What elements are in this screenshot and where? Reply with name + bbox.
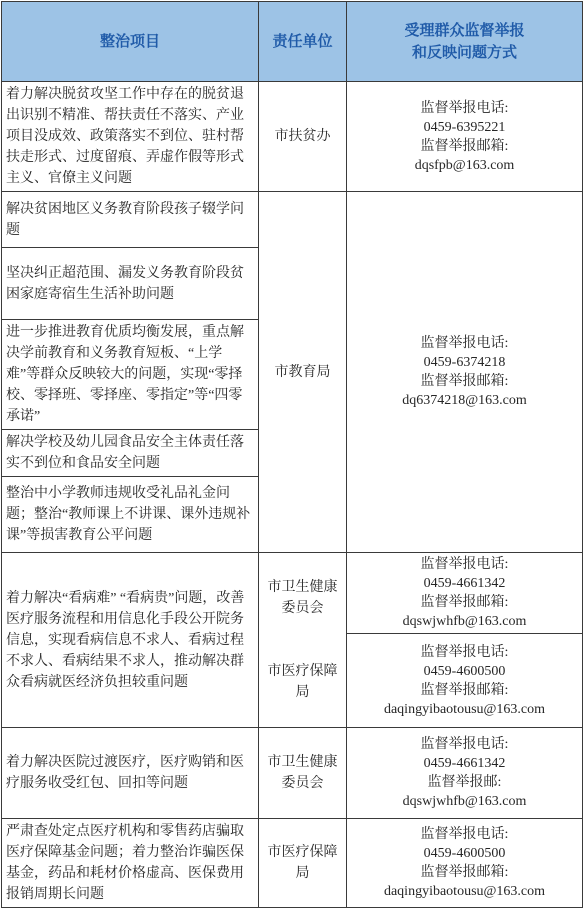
contact-phone-number: 0459-4600500: [351, 662, 578, 681]
project-cell-food-safety: 解决学校及幼儿园食品安全主体责任落实不到位和食品安全问题: [2, 430, 259, 477]
contact-phone-label: 监督举报电话:: [351, 99, 578, 118]
contact-email-address: dqswjwhfb@163.com: [351, 792, 578, 811]
project-cell-four-zero-promise: 进一步推进教育优质均衡发展，重点解决学前教育和义务教育短板、“上学难”等群众反映…: [2, 320, 259, 430]
contact-phone-label: 监督举报电话:: [351, 735, 578, 754]
contact-phone-label: 监督举报电话:: [351, 643, 578, 662]
contact-email-address: daqingyibaotousu@163.com: [351, 882, 578, 901]
contact-email-label: 监督举报邮箱:: [351, 863, 578, 882]
unit-cell-medical-insurance: 市医疗保障局: [259, 819, 347, 908]
project-cell-poverty: 着力解决脱贫攻坚工作中存在的脱贫退出识别不精准、帮扶责任不落实、产业项目没成效、…: [2, 82, 259, 192]
contact-email-address: dqswjwhfb@163.com: [351, 612, 578, 631]
contact-cell-health-commission: 监督举报电话: 0459-4661342 监督举报邮箱: dqswjwhfb@1…: [347, 553, 583, 634]
unit-cell-health-commission: 市卫生健康委员会: [259, 728, 347, 819]
contact-phone-number: 0459-4661342: [351, 754, 578, 773]
project-cell-insurance-fund: 严肃查处定点医疗机构和零售药店骗取医疗保障基金问题；着力整治诈骗医保基金，药品和…: [2, 819, 259, 908]
header-contact-line1: 受理群众监督举报: [348, 20, 581, 42]
header-cell-contact: 受理群众监督举报 和反映问题方式: [347, 2, 583, 82]
table-row: 着力解决“看病难” “看病贵”问题，改善医疗服务流程和用信息化手段公开院务信息，…: [2, 553, 583, 634]
contact-email-address: dq6374218@163.com: [351, 391, 578, 410]
contact-email-label: 监督举报邮箱:: [351, 372, 578, 391]
project-cell-medical-access: 着力解决“看病难” “看病贵”问题，改善医疗服务流程和用信息化手段公开院务信息，…: [2, 553, 259, 728]
unit-health-commission: 市卫生健康委员会: [263, 577, 342, 619]
contact-phone-number: 0459-4600500: [351, 844, 578, 863]
contact-cell-poverty: 监督举报电话: 0459-6395221 监督举报邮箱: dqsfpb@163.…: [347, 82, 583, 192]
table-header-row: 整治项目 责任单位 受理群众监督举报 和反映问题方式: [2, 2, 583, 82]
contact-cell-insurance-fund: 监督举报电话: 0459-4600500 监督举报邮箱: daqingyibao…: [347, 819, 583, 908]
contact-email-address: dqsfpb@163.com: [351, 156, 578, 175]
project-cell-boarding-subsidy: 坚决纠正超范围、漏发义务教育阶段贫困家庭寄宿生生活补助问题: [2, 248, 259, 320]
table-row: 着力解决脱贫攻坚工作中存在的脱贫退出识别不精准、帮扶责任不落实、产业项目没成效、…: [2, 82, 583, 192]
unit-cell-poverty: 市扶贫办: [259, 82, 347, 192]
contact-cell-education: 监督举报电话: 0459-6374218 监督举报邮箱: dq6374218@1…: [347, 192, 583, 553]
table-row: 解决贫困地区义务教育阶段孩子辍学问题 市教育局 监督举报电话: 0459-637…: [2, 192, 583, 248]
project-cell-teacher-gifts: 整治中小学教师违规收受礼品礼金问题；整治“教师课上不讲课、课外违规补课”等损害教…: [2, 477, 259, 553]
document-page: 整治项目 责任单位 受理群众监督举报 和反映问题方式 着力解决脱贫攻坚工作中存在…: [0, 0, 583, 885]
contact-email-label: 监督举报邮箱:: [351, 593, 578, 612]
contact-phone-number: 0459-6374218: [351, 353, 578, 372]
contact-cell-red-packet: 监督举报电话: 0459-4661342 监督举报邮: dqswjwhfb@16…: [347, 728, 583, 819]
contact-email-label: 监督举报邮箱:: [351, 137, 578, 156]
contact-email-label: 监督举报邮:: [351, 773, 578, 792]
header-project-label: 整治项目: [100, 33, 160, 50]
contact-phone-label: 监督举报电话:: [351, 825, 578, 844]
header-unit-label: 责任单位: [272, 33, 332, 50]
contact-phone-number: 0459-4661342: [351, 574, 578, 593]
unit-cell-health-and-insurance: 市卫生健康委员会 市医疗保障局: [259, 553, 347, 728]
header-cell-project: 整治项目: [2, 2, 259, 82]
table-row: 着力解决医院过渡医疗，医疗购销和医疗服务收受红包、回扣等问题 市卫生健康委员会 …: [2, 728, 583, 819]
contact-cell-medical-insurance: 监督举报电话: 0459-4600500 监督举报邮箱: daqingyibao…: [347, 634, 583, 728]
dual-unit-wrap: 市卫生健康委员会 市医疗保障局: [263, 556, 342, 724]
unit-cell-education: 市教育局: [259, 192, 347, 553]
header-contact-line2: 和反映问题方式: [348, 42, 581, 64]
project-cell-red-packet: 着力解决医院过渡医疗，医疗购销和医疗服务收受红包、回扣等问题: [2, 728, 259, 819]
contact-email-label: 监督举报邮箱:: [351, 681, 578, 700]
rectification-table: 整治项目 责任单位 受理群众监督举报 和反映问题方式 着力解决脱贫攻坚工作中存在…: [1, 1, 583, 908]
contact-phone-label: 监督举报电话:: [351, 555, 578, 574]
contact-phone-label: 监督举报电话:: [351, 334, 578, 353]
project-cell-dropout: 解决贫困地区义务教育阶段孩子辍学问题: [2, 192, 259, 248]
unit-medical-insurance: 市医疗保障局: [263, 661, 342, 703]
contact-phone-number: 0459-6395221: [351, 118, 578, 137]
table-row: 严肃查处定点医疗机构和零售药店骗取医疗保障基金问题；着力整治诈骗医保基金，药品和…: [2, 819, 583, 908]
contact-email-address: daqingyibaotousu@163.com: [351, 700, 578, 719]
header-cell-unit: 责任单位: [259, 2, 347, 82]
